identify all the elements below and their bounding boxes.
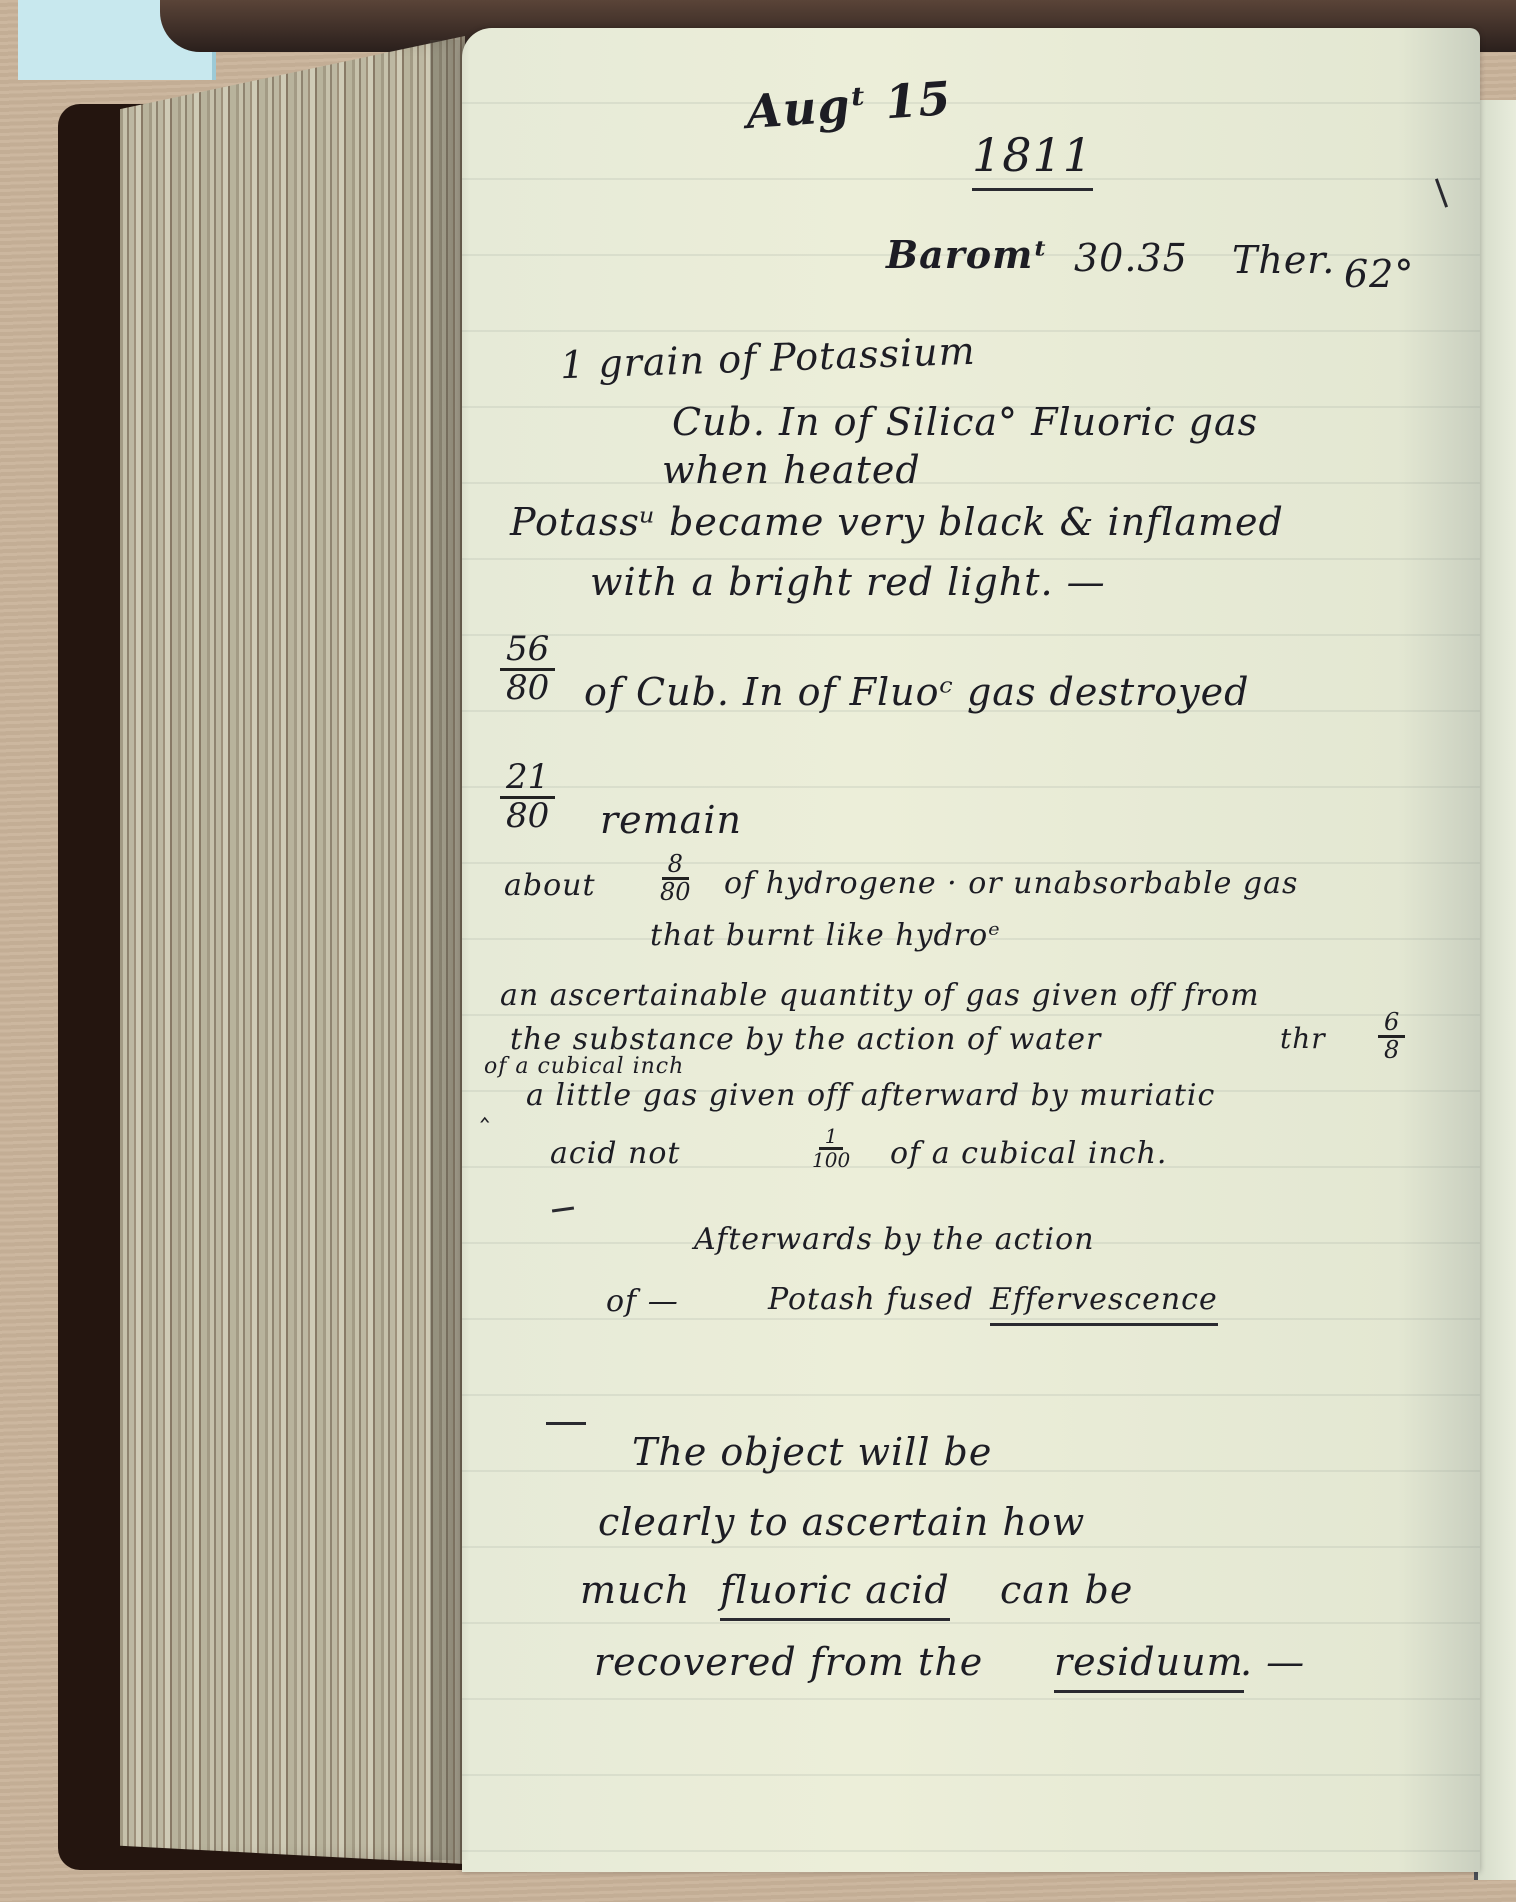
water-line-1: an ascertainable quantity of gas given o… bbox=[500, 978, 1260, 1013]
line-gas-destroyed: of Cub. In of Fluoᶜ gas destroyed bbox=[584, 670, 1249, 714]
potash-effervescence: Effervescence bbox=[990, 1282, 1218, 1326]
insertion-caret: ‸ bbox=[480, 1090, 491, 1123]
residuum-underlined: residuum bbox=[1054, 1640, 1244, 1693]
line-potass-black: Potassᵘ became very black & inflamed bbox=[510, 500, 1284, 544]
potash-line-2-prefix: of — bbox=[606, 1284, 679, 1319]
line-remain: remain bbox=[600, 798, 742, 842]
separator-dash-2 bbox=[546, 1422, 586, 1425]
fraction-8-80: 8 80 bbox=[660, 852, 691, 905]
line-when-heated: when heated bbox=[662, 448, 921, 492]
hydrogen-about: about bbox=[504, 868, 596, 903]
line-cubic-inch-gas: Cub. In of Silica° Fluoric gas bbox=[672, 400, 1258, 444]
potash-line-1: Afterwards by the action bbox=[694, 1222, 1095, 1257]
line-bright-red-light: with a bright red light. — bbox=[590, 560, 1106, 604]
page-shadow bbox=[430, 40, 470, 1860]
muriatic-line-2-suffix: of a cubical inch. bbox=[890, 1136, 1167, 1171]
muriatic-line-2-prefix: acid not bbox=[550, 1136, 680, 1171]
barometer-value: 30.35 bbox=[1074, 236, 1188, 280]
fraction-21-80: 21 80 bbox=[500, 760, 555, 834]
barometer-label: Baromᵗ bbox=[886, 232, 1048, 277]
facing-page-edge bbox=[1478, 100, 1516, 1880]
fraction-1-100: 1 100 bbox=[812, 1126, 850, 1171]
margin-insert-cubical-inch: of a cubical inch bbox=[484, 1054, 684, 1079]
water-line-2-suffix: thr bbox=[1280, 1022, 1326, 1055]
fluoric-acid-underlined: fluoric acid bbox=[720, 1568, 950, 1621]
entry-year: 1811 bbox=[972, 128, 1093, 191]
object-line-1: The object will be bbox=[632, 1430, 992, 1474]
thermometer-value: 62° bbox=[1344, 252, 1414, 296]
muriatic-line-1: a little gas given off afterward by muri… bbox=[526, 1078, 1215, 1113]
water-line-2: the substance by the action of water bbox=[510, 1022, 1101, 1057]
object-line-2: clearly to ascertain how bbox=[598, 1500, 1085, 1544]
fraction-6-8: 6 8 bbox=[1378, 1010, 1405, 1063]
hydrogen-text: of hydrogene · or unabsorbable gas bbox=[724, 866, 1298, 901]
thermometer-label: Ther. bbox=[1232, 238, 1335, 282]
hydrogen-continuation: that burnt like hydroᵉ bbox=[650, 918, 1001, 953]
potash-line-2-mid: Potash fused bbox=[768, 1282, 974, 1317]
page-edges-stack bbox=[120, 36, 465, 1864]
fraction-56-80: 56 80 bbox=[500, 632, 555, 706]
